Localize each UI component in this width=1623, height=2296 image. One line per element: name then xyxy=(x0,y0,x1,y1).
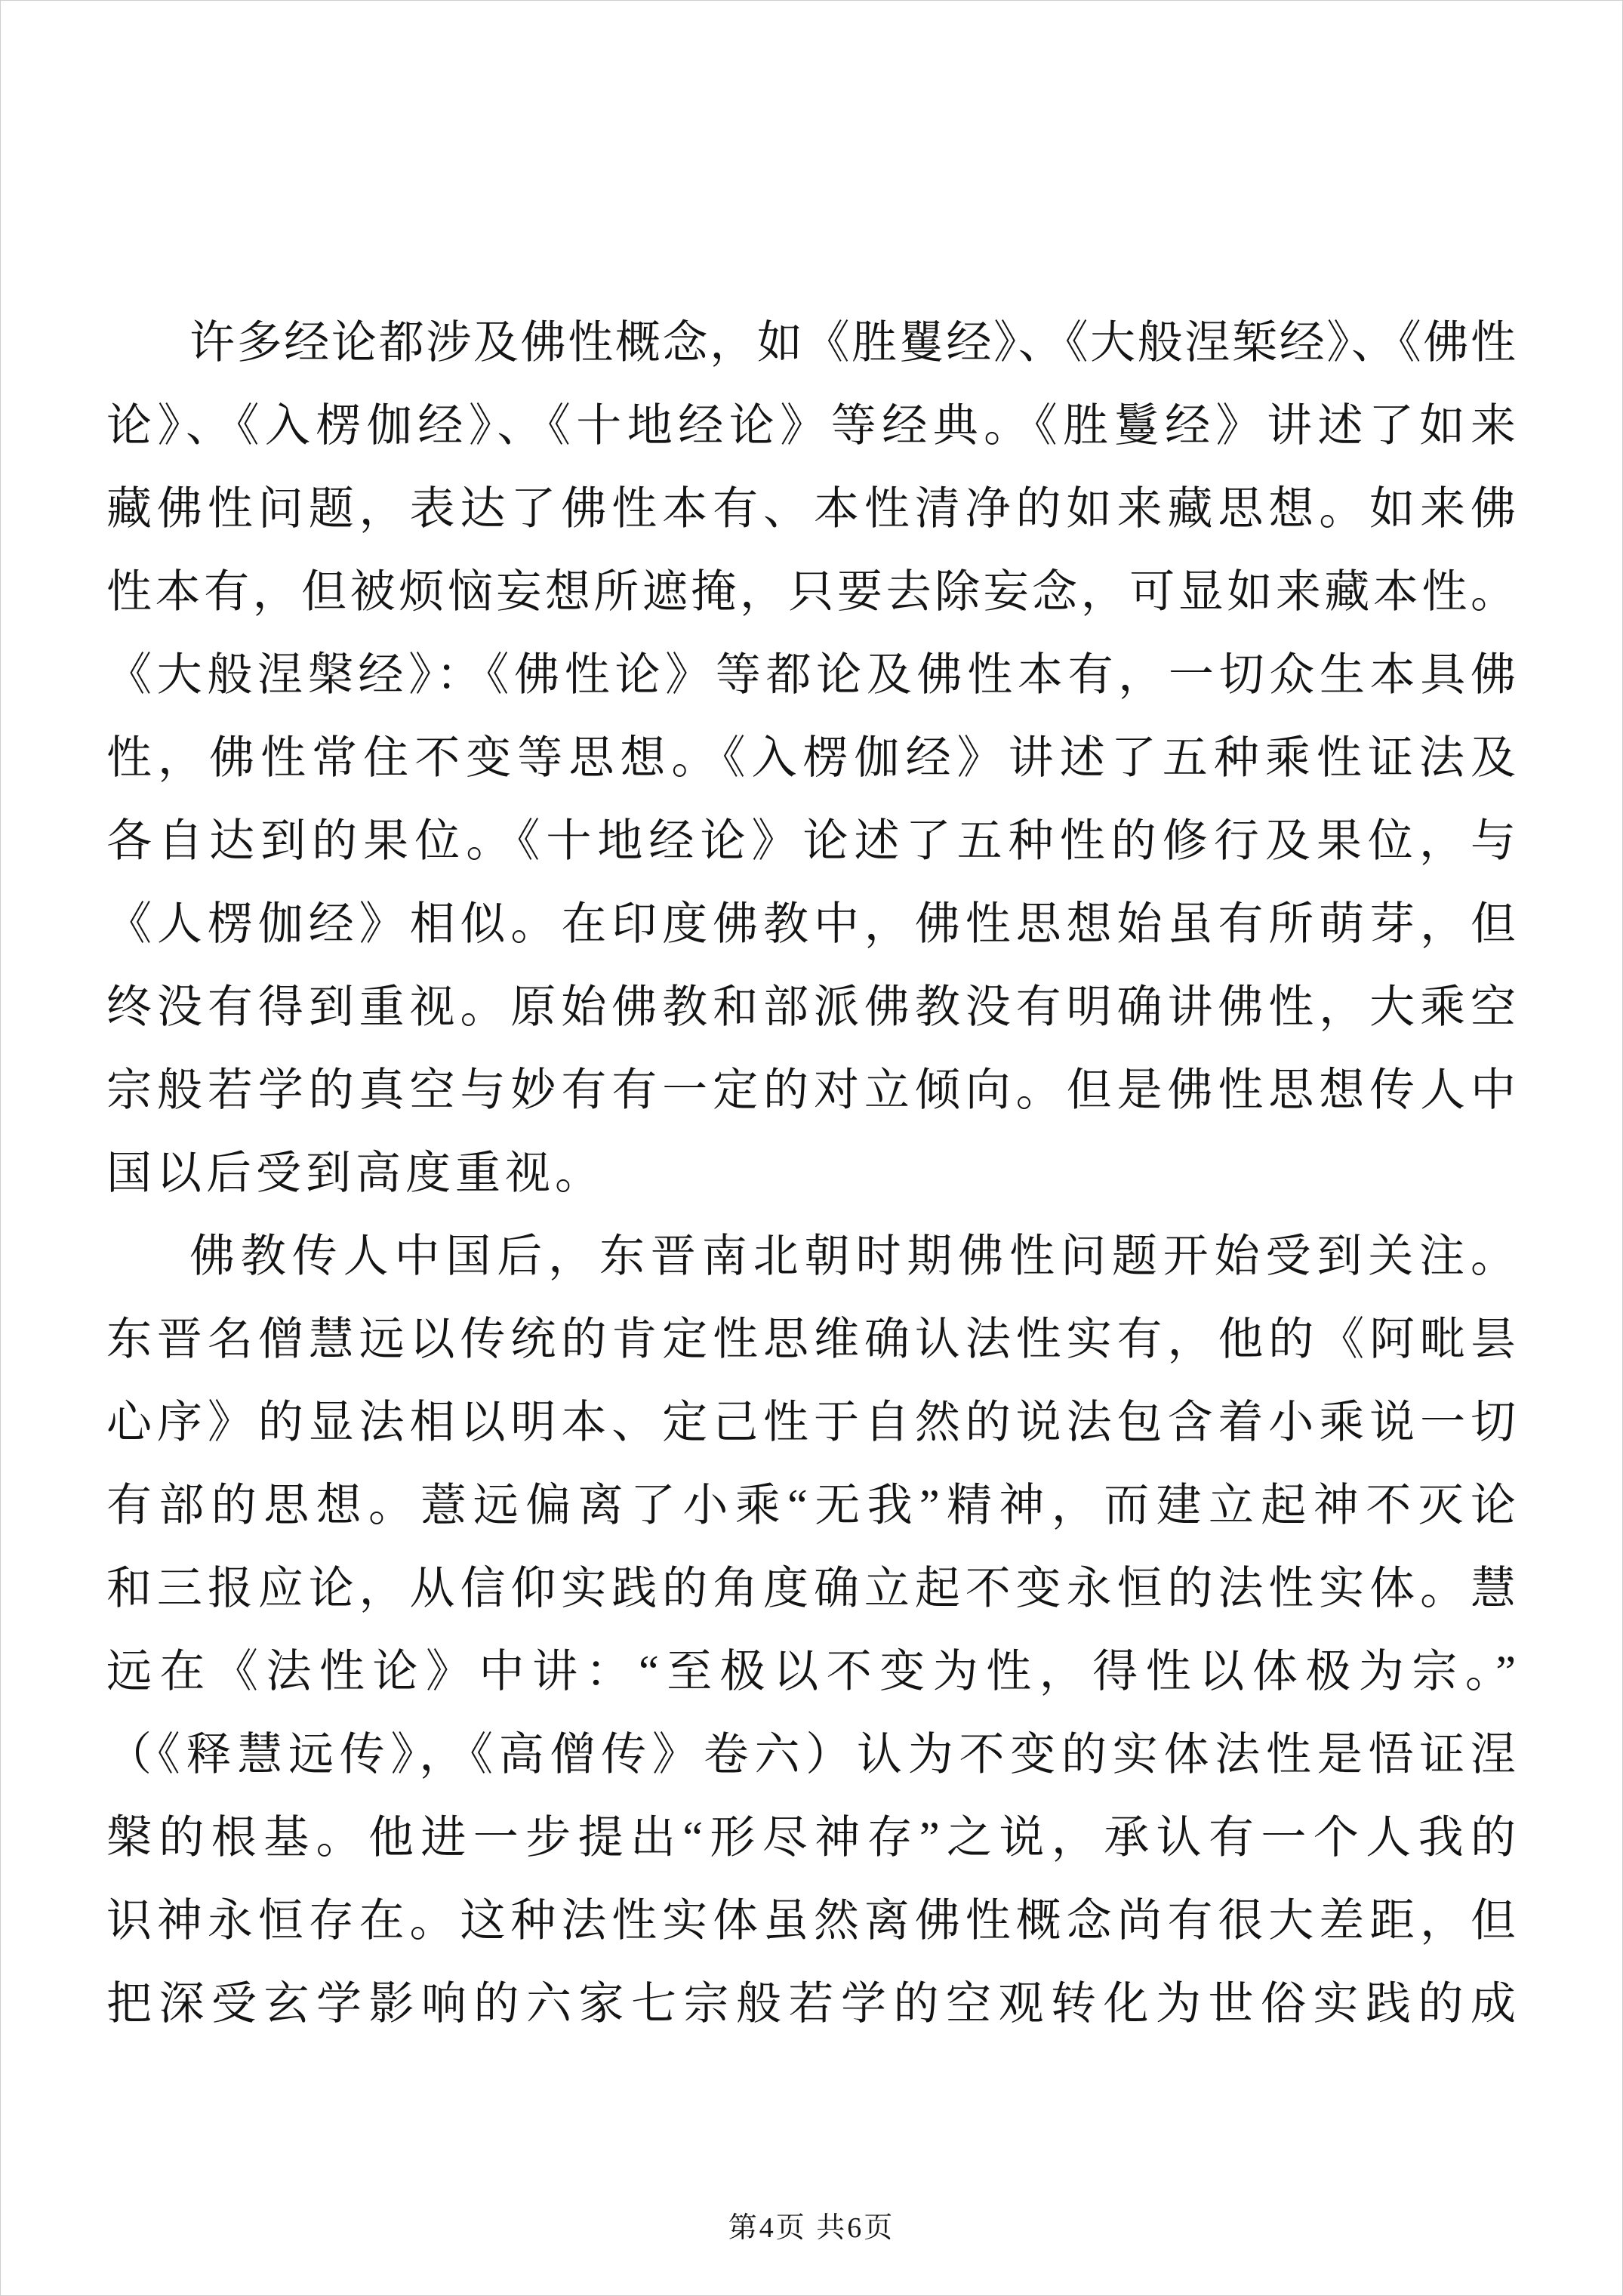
page-number-footer: 第4页 共6页 xyxy=(1,2204,1622,2245)
document-page: 许多经论都涉及佛性概念，如《胜矍经》、《大般涅椠经》、《佛性 论》、《入楞伽经》… xyxy=(0,0,1623,2296)
text-line: 心序》的显法相以明本、定己性于自然的说法包含着小乘说一切 xyxy=(106,1381,1517,1464)
paragraph: 许多经论都涉及佛性概念，如《胜矍经》、《大般涅椠经》、《佛性 论》、《入楞伽经》… xyxy=(106,301,1517,1215)
text-line: 许多经论都涉及佛性概念，如《胜矍经》、《大般涅椠经》、《佛性 xyxy=(106,301,1517,384)
document-body: 许多经论都涉及佛性概念，如《胜矍经》、《大般涅椠经》、《佛性 论》、《入楞伽经》… xyxy=(106,301,1517,2045)
text-line: 远在《法性论》中讲：“至极以不变为性，得性以体极为宗。” xyxy=(106,1630,1517,1713)
text-line: 国以后受到高度重视。 xyxy=(106,1132,1517,1215)
text-line: 佛教传人中国后，东晋南北朝时期佛性问题开始受到关注。 xyxy=(106,1215,1517,1298)
text-line: 各自达到的果位。《十地经论》论述了五种性的修行及果位，与 xyxy=(106,800,1517,883)
text-line: 东晋名僧慧远以传统的肯定性思维确认法性实有，他的《阿毗昙 xyxy=(106,1298,1517,1381)
text-line: 《人楞伽经》相似。在印度佛教中，佛性思想始虽有所萌芽，但 xyxy=(106,883,1517,966)
text-line: 和三报应论，从信仰实践的角度确立起不变永恒的法性实体。慧 xyxy=(106,1547,1517,1630)
text-line: 《大般涅槃经》：《佛性论》等都论及佛性本有，一切众生本具佛 xyxy=(106,633,1517,717)
text-line: 把深受玄学影响的六家七宗般若学的空观转化为世俗实践的成 xyxy=(106,1962,1517,2045)
text-line: 性本有，但被烦恼妄想所遮掩，只要去除妄念，可显如来藏本性。 xyxy=(106,550,1517,633)
text-line: 宗般若学的真空与妙有有一定的对立倾向。但是佛性思想传人中 xyxy=(106,1049,1517,1132)
text-line: 藏佛性问题，表达了佛性本有、本性清净的如来藏思想。如来佛 xyxy=(106,467,1517,550)
text-line: 有部的思想。薏远偏离了小乘“无我”精神，而建立起神不灭论 xyxy=(106,1464,1517,1547)
text-line: 槃的根基。他进一步提出“形尽神存”之说，承认有一个人我的 xyxy=(106,1796,1517,1879)
text-line: （《释慧远传》，《高僧传》卷六）认为不变的实体法性是悟证涅 xyxy=(106,1713,1517,1796)
text-line: 论》、《入楞伽经》、《十地经论》等经典。《胜鬘经》讲述了如来 xyxy=(106,384,1517,467)
text-line: 终没有得到重视。原始佛教和部派佛教没有明确讲佛性，大乘空 xyxy=(106,966,1517,1049)
paragraph: 佛教传人中国后，东晋南北朝时期佛性问题开始受到关注。 东晋名僧慧远以传统的肯定性… xyxy=(106,1215,1517,2045)
text-line: 识神永恒存在。这种法性实体虽然离佛性概念尚有很大差距，但 xyxy=(106,1879,1517,1962)
text-line: 性，佛性常住不变等思想。《入楞伽经》讲述了五种乘性证法及 xyxy=(106,717,1517,800)
